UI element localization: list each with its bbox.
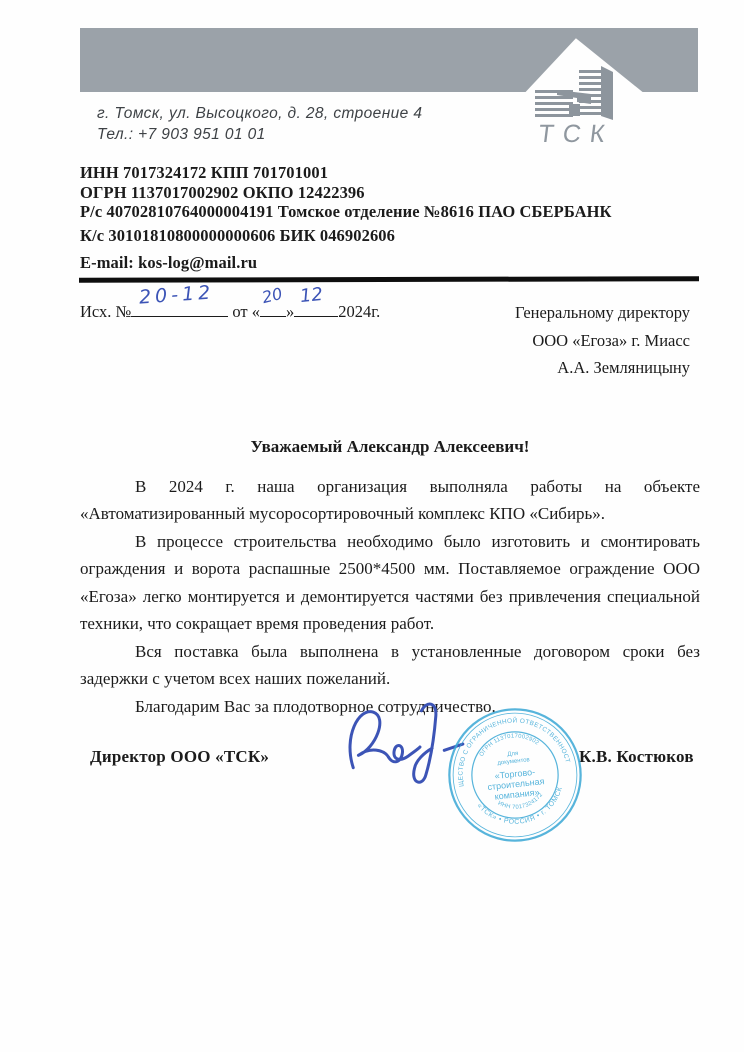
recipient-position: Генеральному директору bbox=[515, 299, 690, 327]
ref-number-blank: 20-12 bbox=[131, 301, 228, 317]
requisite-inn-kpp: ИНН 7017324172 КПП 701701001 bbox=[80, 163, 612, 183]
requisite-ogrn-okpo: ОГРН 1137017002902 ОКПО 12422396 bbox=[80, 183, 612, 203]
phone-line: Тел.: +7 903 951 01 01 bbox=[97, 124, 422, 145]
ref-number-handwritten: 20-12 bbox=[139, 281, 216, 308]
ref-month-handwritten: 12 bbox=[299, 284, 324, 307]
company-stamp: ОБЩЕСТВО С ОГРАНИЧЕННОЙ ОТВЕТСТВЕННОСТЬЮ… bbox=[440, 700, 590, 850]
ref-day-handwritten: 20 bbox=[260, 284, 284, 307]
recipient-name: А.А. Земляницыну bbox=[515, 354, 690, 382]
scanned-letter-page: ТСК г. Томск, ул. Высоцкого, д. 28, стро… bbox=[0, 0, 744, 1052]
company-address-block: г. Томск, ул. Высоцкого, д. 28, строение… bbox=[97, 103, 422, 145]
signer-name: К.В. Костюков bbox=[579, 747, 694, 767]
address-line: г. Томск, ул. Высоцкого, д. 28, строение… bbox=[97, 103, 422, 124]
ref-day-blank: 20 bbox=[260, 301, 286, 317]
ref-close-quote: » bbox=[286, 302, 294, 321]
body-paragraph: Вся поставка была выполнена в установлен… bbox=[80, 638, 700, 693]
stamp-center-line: Для bbox=[507, 751, 518, 758]
requisite-email: E-mail: kos-log@mail.ru bbox=[80, 253, 612, 273]
tsk-buildings-logo-icon bbox=[533, 64, 617, 126]
stamp-center-line: документов bbox=[497, 757, 530, 766]
outgoing-ref-line: Исх. №20-12 от «20»122024г. bbox=[80, 301, 380, 322]
requisite-account: Р/с 40702810764000004191 Томское отделен… bbox=[80, 202, 612, 222]
requisite-corr-bik: К/с 30101810800000000606 БИК 046902606 bbox=[80, 226, 612, 246]
requisites-block: ИНН 7017324172 КПП 701701001 ОГРН 113701… bbox=[80, 163, 612, 273]
body-paragraph: В 2024 г. наша организация выполняла раб… bbox=[80, 473, 700, 528]
ref-year-label: 2024г. bbox=[338, 302, 380, 321]
tsk-logo-wordmark: ТСК bbox=[522, 120, 630, 149]
recipient-company: ООО «Егоза» г. Миасс bbox=[515, 327, 690, 355]
ref-prefix: Исх. № bbox=[80, 302, 131, 321]
header-divider-rule bbox=[79, 276, 699, 283]
signer-position: Директор ООО «ТСК» bbox=[90, 747, 269, 767]
letter-body: Уважаемый Александр Алексеевич! В 2024 г… bbox=[80, 433, 700, 720]
recipient-block: Генеральному директору ООО «Егоза» г. Ми… bbox=[515, 299, 690, 382]
salutation: Уважаемый Александр Алексеевич! bbox=[80, 433, 700, 461]
ref-from-label: от « bbox=[232, 302, 260, 321]
ref-month-blank: 12 bbox=[294, 301, 338, 317]
body-paragraph: В процессе строительства необходимо было… bbox=[80, 528, 700, 638]
